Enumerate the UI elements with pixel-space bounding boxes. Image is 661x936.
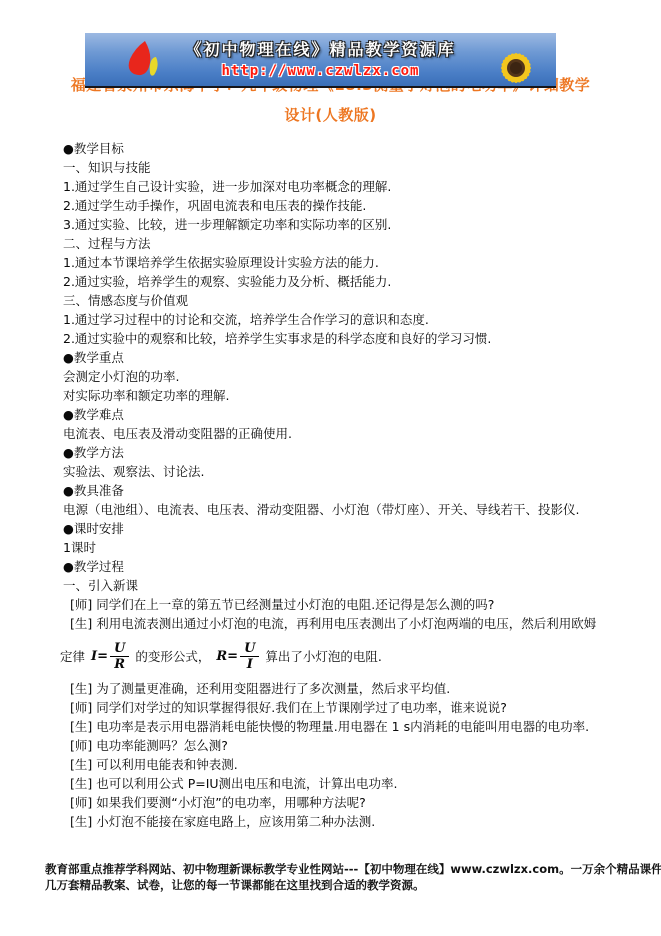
text-line: 2.通过实验中的观察和比较，培养学生实事求是的科学态度和良好的学习习惯. (63, 329, 623, 348)
text-line: 三、情感态度与价值观 (63, 291, 623, 310)
formula-prefix: 定律 (60, 647, 85, 665)
dialogue-list: [生] 为了测量更准确，还利用变阻器进行了多次测量，然后求平均值.[师] 同学们… (63, 679, 623, 831)
text-line: 1.通过学习过程中的讨论和交流，培养学生合作学习的意识和态度. (63, 310, 623, 329)
text-line: [师] 同学们在上一章的第五节已经测量过小灯泡的电阻.还记得是怎么测的吗? (63, 595, 623, 614)
text-line: ●教学目标 (63, 139, 623, 158)
text-line: [生] 可以利用电能表和钟表测. (63, 755, 623, 774)
text-line: ●教学重点 (63, 348, 623, 367)
text-line: 一、知识与技能 (63, 158, 623, 177)
text-line: [生] 小灯泡不能接在家庭电路上，应该用第二种办法测. (63, 812, 623, 831)
text-line: 1.通过学生自己设计实验，进一步加深对电功率概念的理解. (63, 177, 623, 196)
text-line: 电流表、电压表及滑动变阻器的正确使用. (63, 424, 623, 443)
footer-line: 教育部重点推荐学科网站、初中物理新课标教学专业性网站---【初中物理在线】www… (45, 861, 631, 877)
footer-note: 教育部重点推荐学科网站、初中物理新课标教学专业性网站---【初中物理在线】www… (45, 861, 631, 893)
text-line: [师] 如果我们要测“小灯泡”的电功率，用哪种方法呢? (63, 793, 623, 812)
text-line: 1课时 (63, 538, 623, 557)
formula-mid-text: 的变形公式， (135, 647, 210, 665)
text-line: 一、引入新课 (63, 576, 623, 595)
text-line: ●教具准备 (63, 481, 623, 500)
text-line: [师] 同学们对学过的知识掌握得很好.我们在上节课刚学过了电功率，谁来说说? (63, 698, 623, 717)
text-line: ●课时安排 (63, 519, 623, 538)
fraction-u-over-r: U R (110, 641, 129, 672)
lesson-plan-body: ●教学目标一、知识与技能1.通过学生自己设计实验，进一步加深对电功率概念的理解.… (63, 139, 623, 831)
text-line: [生] 利用电流表测出通过小灯泡的电流，再利用电压表测出了小灯泡两端的电压，然后… (63, 614, 623, 633)
text-line: ●教学难点 (63, 405, 623, 424)
text-line: 电源（电池组）、电流表、电压表、滑动变阻器、小灯泡（带灯座）、开关、导线若干、投… (63, 500, 623, 519)
text-line: ●教学方法 (63, 443, 623, 462)
text-line: 2.通过学生动手操作，巩固电流表和电压表的操作技能. (63, 196, 623, 215)
text-line: 2.通过实验，培养学生的观察、实验能力及分析、概括能力. (63, 272, 623, 291)
text-line: 对实际功率和额定功率的理解. (63, 386, 623, 405)
text-line: [师] 电功率能测吗？怎么测? (63, 736, 623, 755)
page-title-line: 设计(人教版) (40, 100, 621, 130)
text-line: ●教学过程 (63, 557, 623, 576)
text-line: [生] 电功率是表示用电器消耗电能快慢的物理量.用电器在 1 s内消耗的电能叫用… (63, 717, 623, 736)
fraction-u-over-i: U I (240, 641, 259, 672)
formula-i-equals: I= (91, 649, 108, 664)
text-line: 3.通过实验、比较，进一步理解额定功率和实际功率的区别. (63, 215, 623, 234)
footer-line: 几万套精品教案、试卷，让您的每一节课都能在这里找到合适的教学资源。 (45, 877, 631, 893)
formula-suffix: 算出了小灯泡的电阻. (265, 647, 381, 665)
text-line: 1.通过本节课培养学生依据实验原理设计实验方法的能力. (63, 253, 623, 272)
formula-r-equals: R= (216, 649, 238, 664)
document-page: 《初中物理在线》精品教学资源库 http://www.czwlzx.com (0, 0, 661, 936)
text-line: [生] 为了测量更准确，还利用变阻器进行了多次测量，然后求平均值. (63, 679, 623, 698)
site-banner[interactable]: 《初中物理在线》精品教学资源库 http://www.czwlzx.com (85, 33, 556, 88)
banner-site-url[interactable]: http://www.czwlzx.com (221, 63, 419, 79)
formula-line: 定律 I= U R 的变形公式， R= U I 算出了小灯泡的电阻. (60, 636, 623, 676)
text-line: 会测定小灯泡的功率. (63, 367, 623, 386)
sunflower-icon (474, 34, 552, 88)
paragraph-list: ●教学目标一、知识与技能1.通过学生自己设计实验，进一步加深对电功率概念的理解.… (63, 139, 623, 633)
text-line: 实验法、观察法、讨论法. (63, 462, 623, 481)
text-line: [生] 也可以利用公式 P=IU测出电压和电流，计算出电功率. (63, 774, 623, 793)
text-line: 二、过程与方法 (63, 234, 623, 253)
